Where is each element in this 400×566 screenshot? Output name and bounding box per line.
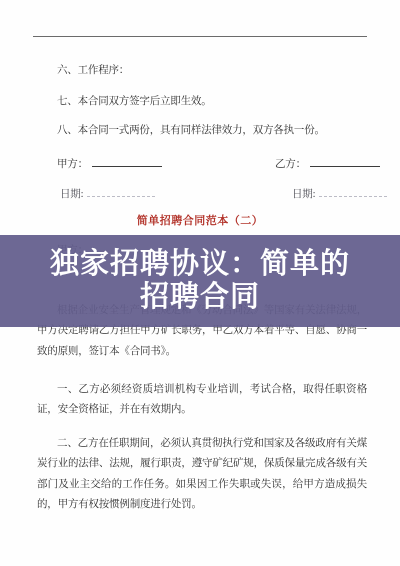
date-row-right: 日期: bbox=[292, 186, 387, 201]
party-b-label: 乙方： bbox=[275, 159, 306, 170]
headline-line1: 独家招聘协议：简单的 bbox=[50, 248, 350, 281]
party-b-blank-line bbox=[310, 157, 380, 167]
date-label-right: 日期: bbox=[292, 189, 315, 200]
party-a-row: 甲方： bbox=[57, 156, 162, 171]
date-blank-line-left bbox=[87, 187, 155, 197]
party-a-blank-line bbox=[92, 157, 162, 167]
clause-item-7: 七、本合同双方签字后立即生效。 bbox=[57, 93, 212, 108]
date-blank-line-right bbox=[319, 187, 387, 197]
clause-item-8: 八、本合同一式两份，具有同样法律效力，双方各执一份。 bbox=[57, 122, 325, 137]
top-divider bbox=[33, 36, 367, 37]
clause-paragraph-2: 二、乙方在任职期间，必须认真贯彻执行党和国家及各级政府有关煤炭行业的法律、法规，… bbox=[37, 434, 367, 516]
date-label-left: 日期: bbox=[60, 189, 83, 200]
headline-line2: 招聘合同 bbox=[140, 281, 260, 314]
clause-paragraph-1: 一、乙方必须经资质培训机构专业培训，考试合格，取得任职资格证，安全资格证，并在有… bbox=[37, 380, 367, 421]
date-row-left: 日期: bbox=[60, 186, 155, 201]
document-page: 六、工作程序： 七、本合同双方签字后立即生效。 八、本合同一式两份，具有同样法律… bbox=[0, 0, 400, 566]
party-b-row: 乙方： bbox=[275, 156, 380, 171]
headline-overlay: 独家招聘协议：简单的 招聘合同 bbox=[0, 235, 400, 327]
document-subtitle: 简单招聘合同范本（二） bbox=[0, 212, 400, 228]
party-a-label: 甲方： bbox=[57, 159, 88, 170]
clause-item-6: 六、工作程序： bbox=[57, 62, 129, 77]
